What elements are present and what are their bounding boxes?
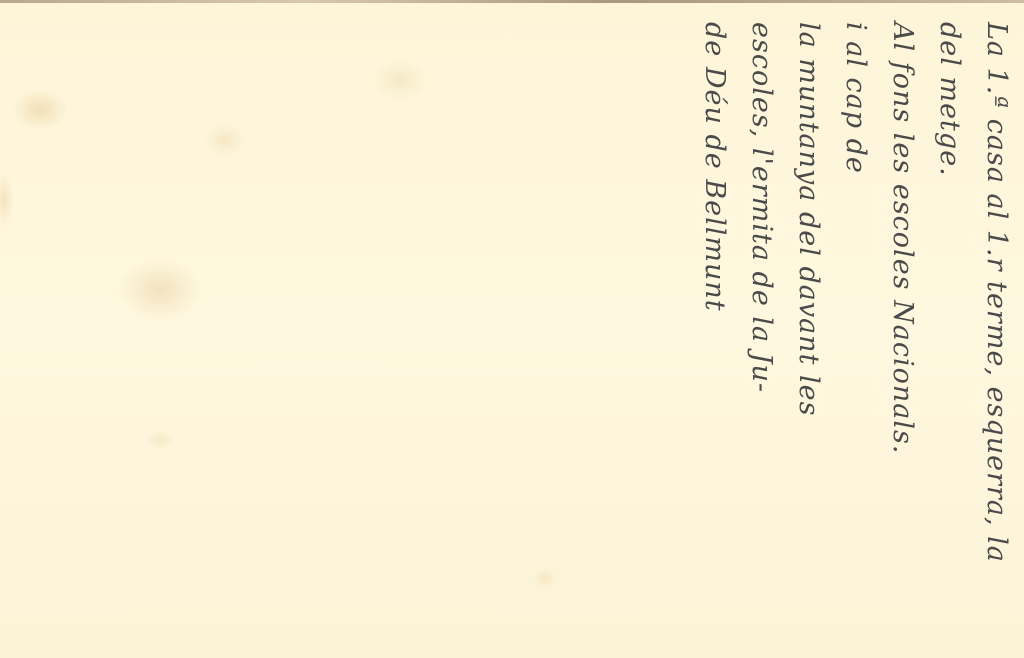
handwritten-line: Al fons les escoles Nacionals. — [879, 12, 926, 552]
handwritten-line: del metge. — [926, 12, 973, 552]
handwritten-line: i al cap de — [832, 12, 879, 552]
handwritten-note: La 1.ª casa al 1.r terme, esquerra, la d… — [690, 12, 1020, 552]
handwritten-line: la muntanya del davant les — [785, 12, 832, 552]
card-top-edge — [0, 0, 1024, 3]
handwritten-line: escoles, l'ermita de la Ju- — [738, 12, 785, 552]
postcard-back: La 1.ª casa al 1.r terme, esquerra, la d… — [0, 0, 1024, 658]
handwritten-line: La 1.ª casa al 1.r terme, esquerra, la — [973, 12, 1020, 552]
handwritten-line: de Déu de Bellmunt — [691, 12, 738, 552]
